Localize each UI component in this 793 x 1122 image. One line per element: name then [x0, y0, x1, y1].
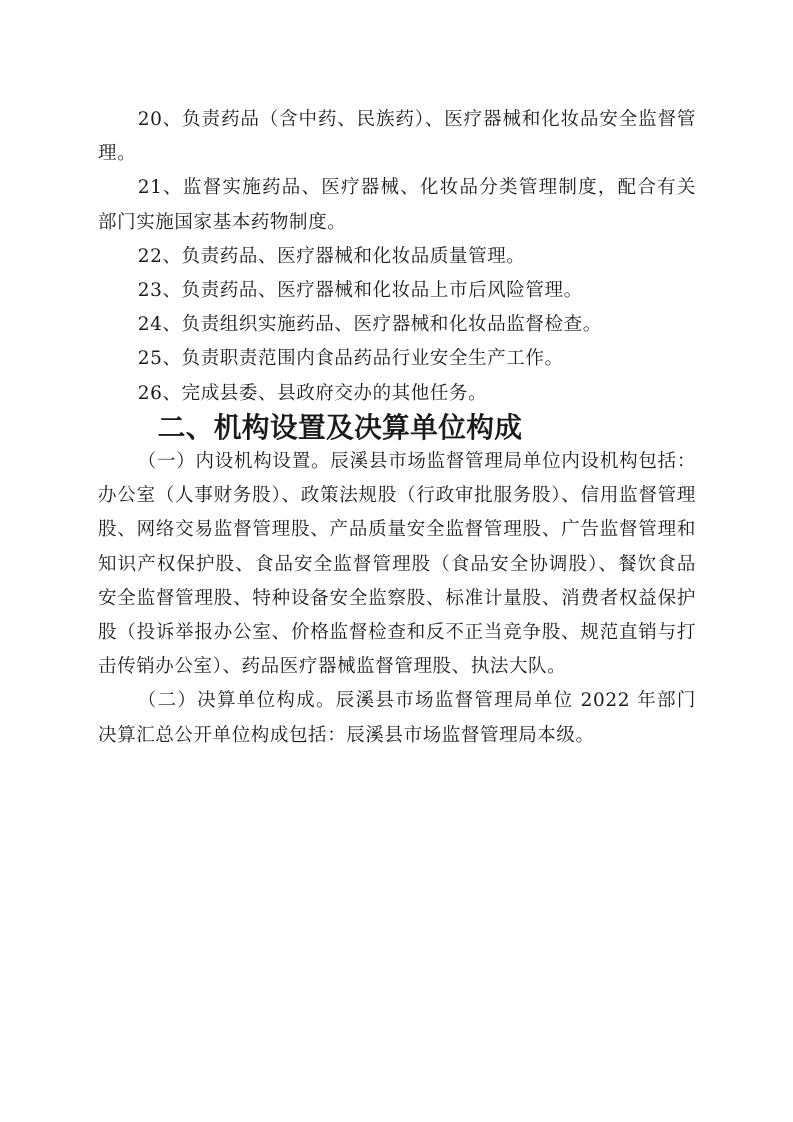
- duty-item-26: 26、完成县委、县政府交办的其他任务。: [98, 377, 696, 411]
- duty-item-23: 23、负责药品、医疗器械和化妆品上市后风险管理。: [98, 274, 696, 308]
- duty-item-22: 22、负责药品、医疗器械和化妆品质量管理。: [98, 240, 696, 274]
- duty-item-24: 24、负责组织实施药品、医疗器械和化妆品监督检查。: [98, 308, 696, 342]
- internal-structure-paragraph: （一）内设机构设置。辰溪县市场监督管理局单位内设机构包括：办公室（人事财务股）、…: [98, 445, 696, 684]
- duty-item-25: 25、负责职责范围内食品药品行业安全生产工作。: [98, 342, 696, 376]
- duty-item-21: 21、监督实施药品、医疗器械、化妆品分类管理制度，配合有关部门实施国家基本药物制…: [98, 171, 696, 239]
- document-page: 20、负责药品（含中药、民族药）、医疗器械和化妆品安全监督管理。 21、监督实施…: [98, 103, 696, 753]
- duty-item-20: 20、负责药品（含中药、民族药）、医疗器械和化妆品安全监督管理。: [98, 103, 696, 171]
- section-heading: 二、机构设置及决算单位构成: [98, 411, 696, 445]
- final-accounts-unit-paragraph: （二）决算单位构成。辰溪县市场监督管理局单位 2022 年部门决算汇总公开单位构…: [98, 684, 696, 752]
